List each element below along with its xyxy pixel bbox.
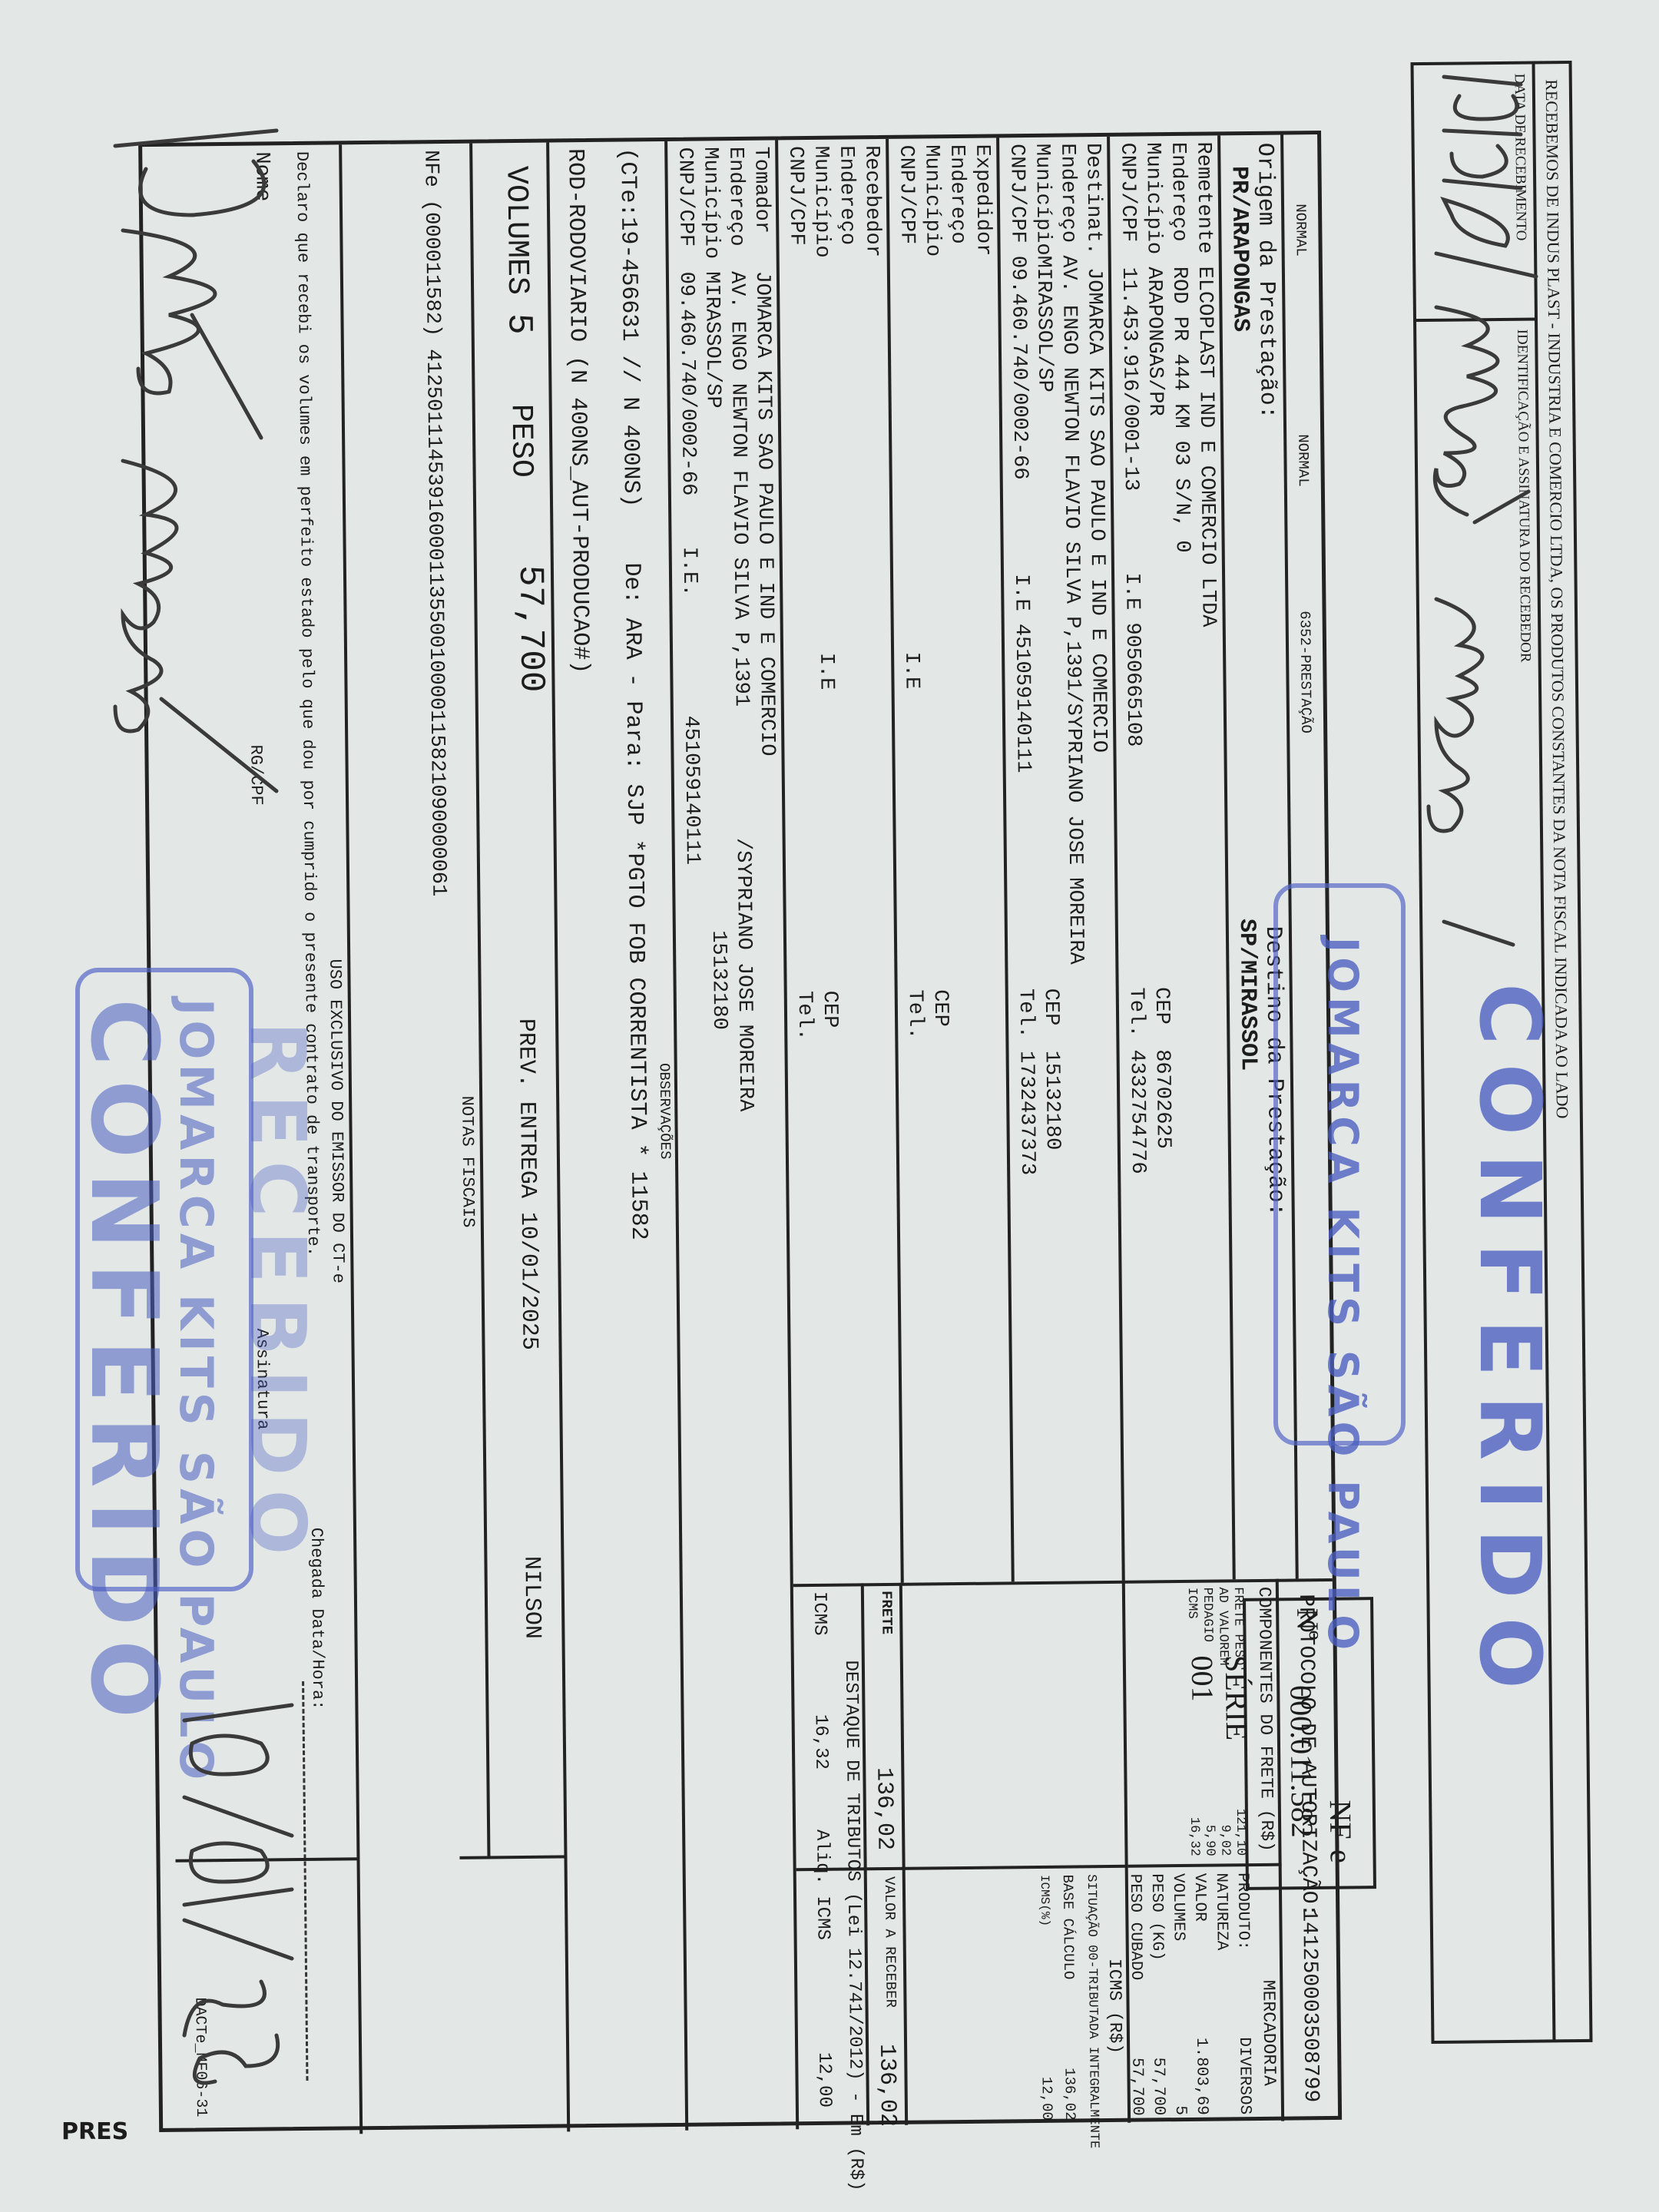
- origem-label: Origem da Prestação:: [1251, 143, 1280, 419]
- tomador-endereco-complemento: /SYPRIANO JOSE MOREIRA: [730, 838, 757, 1112]
- tributos-icms-label: ICMS: [810, 1591, 828, 1636]
- expedidor-cnpj-label: CNPJ/CPF: [893, 145, 918, 245]
- destinatario-label: Destinat.: [1081, 143, 1105, 255]
- mercadoria-label: VALOR: [1188, 1873, 1210, 1922]
- valor-receber-label: VALOR A RECEBER: [881, 1876, 899, 2008]
- componente-row: AD VALOREM9,02: [1214, 1587, 1233, 1856]
- receipt-text: RECEBEMOS DE INDUS PLAST - INDUSTRIA E C…: [1543, 79, 1571, 1118]
- destinatario-cnpj-label: CNPJ/CPF: [1005, 144, 1028, 243]
- destinatario-cnpj: 09.460.740/0002-66: [1006, 256, 1031, 480]
- componente-label: ICMS: [1184, 1588, 1199, 1619]
- remetente-cnpj: 11.453.916/0001-13: [1117, 267, 1142, 492]
- destinatario-municipio: MIRASSOL/SP: [1031, 255, 1056, 392]
- recebedor-municipio-label: Município: [808, 146, 833, 258]
- handwritten-arrival-date: [169, 1690, 307, 2089]
- tomador-cnpj: 09.460.740/0002-66: [674, 272, 700, 496]
- cfop: 6352-PRESTAÇÃO: [1296, 611, 1315, 733]
- peso-value: 57,700: [518, 565, 543, 693]
- origem-value: PR/ARAPONGAS: [1225, 166, 1253, 332]
- expedidor-ie-label: I.E: [899, 651, 923, 689]
- prev-entrega-label: PREV. ENTREGA: [512, 1018, 540, 1198]
- destinatario-tel-label: Tel.: [1014, 988, 1038, 1038]
- motorista: NILSON: [518, 1556, 545, 1639]
- destinatario-endereco-label: Endereço: [1055, 143, 1079, 243]
- remetente-tel: 4332754776: [1125, 1049, 1150, 1174]
- expedidor-municipio-label: Município: [919, 144, 944, 257]
- remetente-endereco: ROD PR 444 KM 03 S/N, 0: [1167, 267, 1194, 553]
- observacoes-line1: (CTe:19-456631 // N 400NS) De: ARA - Par…: [614, 147, 651, 1240]
- expedidor-endereco-label: Endereço: [944, 144, 969, 244]
- tributos-icms-value: 16,32: [812, 1714, 829, 1770]
- icms-aliq-label: ICMS(%): [1036, 1875, 1054, 1926]
- tomador-cnpj-label: CNPJ/CPF: [673, 147, 697, 247]
- destinatario-cep: 15132180: [1040, 1051, 1064, 1151]
- tomador-label: Tomador: [749, 146, 773, 233]
- observacoes-line2: ROD-RODOVIARIO (N 400NS_AUT-PRODUCAO#): [561, 148, 593, 674]
- expedidor-cep-label: CEP: [928, 989, 952, 1027]
- destinatario-municipio-label: Município: [1030, 144, 1055, 256]
- tomador-endereco-label: Endereço: [724, 147, 747, 247]
- componentes-title: COMPONENTES DO FRETE (R$): [1256, 1587, 1276, 1852]
- icms-situacao: SITUAÇÃO 00-TRIBUTADA INTEGRALMENTE: [1082, 1874, 1102, 2148]
- remetente-municipio-label: Município: [1141, 142, 1165, 254]
- prev-entrega-value: 10/01/2025: [515, 1212, 542, 1350]
- mercadoria-row: PRODUTO:DIVERSOS: [1231, 1873, 1255, 2114]
- recebedor-endereco-label: Endereço: [833, 145, 858, 245]
- mercadoria-label: NATUREZA: [1210, 1873, 1232, 1950]
- remetente-nome: ELCOPLAST IND E COMERCIO LTDA: [1193, 266, 1220, 627]
- destinatario-cep-label: CEP: [1039, 988, 1063, 1026]
- valor-receber-value: 136,02: [873, 2044, 900, 2127]
- componente-row: PEDAGIO5,90: [1199, 1588, 1217, 1856]
- recebedor-label: Recebedor: [859, 145, 884, 257]
- remetente-ie: 9050665108: [1121, 622, 1145, 747]
- mercadoria-row: VALOR1.803,69: [1188, 1873, 1212, 2115]
- remetente-tel-label: Tel.: [1124, 987, 1148, 1037]
- remetente-endereco-label: Endereço: [1166, 142, 1190, 242]
- destinatario-nome: JOMARCA KITS SAO PAULO E IND E COMERCIO: [1082, 267, 1111, 753]
- componente-value: 5,90: [1201, 1825, 1217, 1856]
- peso-label: PESO: [503, 404, 538, 478]
- tipo-servico: NORMAL: [1294, 434, 1312, 487]
- componentes-frete: COMPONENTES DO FRETE (R$) FRETE PESO121,…: [1273, 1587, 1276, 1856]
- tomador-nome: JOMARCA KITS SAO PAULO E IND E COMERCIO: [750, 271, 779, 757]
- icms-base-value: 136,02: [1061, 2068, 1078, 2121]
- tributos-aliq-value: 12,00: [815, 2052, 833, 2108]
- recebedor-cep-label: CEP: [817, 991, 842, 1028]
- protocolo-label: PROTOCOLO DE AUTORIZAÇÃO:: [1293, 1594, 1320, 1916]
- componente-value: 121,10: [1232, 1809, 1248, 1856]
- componente-label: FRETE PESO: [1230, 1587, 1246, 1665]
- stamp-conferido: CONFERIDO: [1461, 983, 1559, 1707]
- tomador-ie: 451059140111: [678, 715, 704, 865]
- recebedor-tel-label: Tel.: [792, 991, 816, 1041]
- cte-document: RECEBEMOS DE INDUS PLAST - INDUSTRIA E C…: [0, 0, 1659, 2212]
- mercadoria-row: NATUREZA: [1210, 1873, 1233, 2114]
- destinatario-ie: 451059140111: [1010, 624, 1035, 773]
- mercadoria-label: PESO (KG): [1145, 1873, 1167, 1961]
- remetente-cep: 86702625: [1151, 1049, 1174, 1149]
- destinatario-ie-label: I.E: [1009, 574, 1033, 611]
- tributos-title: DESTAQUE DE TRIBUTOS (Lei 12.741/2012) -…: [842, 1660, 864, 2191]
- tomador-ie-label: I.E.: [677, 546, 701, 596]
- frete-value: 136,02: [870, 1767, 897, 1850]
- icms-base-label: BASE CÁLCULO: [1059, 1874, 1077, 1979]
- mercadoria-label: PESO CUBADO: [1124, 1874, 1146, 1981]
- expedidor-label: Expedidor: [969, 144, 995, 256]
- mercadoria-row: VOLUMES5: [1167, 1873, 1190, 2115]
- protocolo-value: 141250003508799: [1296, 1909, 1323, 2102]
- componente-value: 9,02: [1217, 1825, 1232, 1856]
- mercadoria-value: 5: [1169, 2105, 1190, 2115]
- emissor-title: USO EXCLUSIVO DO EMISSOR DO CT-e: [326, 959, 346, 1283]
- mercadoria-value: 57,700: [1125, 2058, 1147, 2116]
- mercadoria-label: PRODUTO:: [1231, 1873, 1253, 1950]
- stamp-conferido-2: CONFERIDO: [70, 998, 177, 1732]
- stamp-empresa-2: JOMARCA KITS SÃO PAULO: [169, 998, 223, 1784]
- remetente-municipio: ARAPONGAS/PR: [1142, 267, 1167, 416]
- remetente-cep-label: CEP: [1150, 987, 1174, 1025]
- recebedor-ie-label: I.E: [813, 653, 838, 690]
- componente-value: 16,32: [1186, 1817, 1202, 1856]
- volumes-value: 5: [498, 313, 538, 335]
- mercadoria-value: 1.803,69: [1190, 2038, 1212, 2115]
- expedidor-tel-label: Tel.: [902, 989, 927, 1039]
- mercadoria-row: PESO CUBADO57,700: [1124, 1874, 1147, 2116]
- notas-title: NOTAS FISCAIS: [458, 1096, 476, 1228]
- notas-nfe-line: NFe (000011582) 412501114539160001135500…: [418, 150, 449, 896]
- tomador-cep: 15132180: [706, 930, 730, 1030]
- tomador-endereco: AV. ENGO NEWTON FLAVIO SILVA P,1391: [725, 271, 753, 707]
- componente-row: FRETE PESO121,10: [1230, 1587, 1248, 1856]
- icms-aliq-value: 12,00: [1038, 2077, 1056, 2121]
- tomador-municipio: MIRASSOL/SP: [700, 271, 724, 409]
- remetente-ie-label: I.E: [1120, 572, 1144, 610]
- mercadoria-label: VOLUMES: [1167, 1873, 1189, 1942]
- componente-label: PEDAGIO: [1199, 1588, 1215, 1643]
- mercadoria-title: MERCADORIA: [1260, 1980, 1277, 2086]
- tipo-cte: NORMAL: [1292, 204, 1310, 257]
- remetente-label: Remetente: [1191, 141, 1216, 253]
- observacoes-title: OBSERVAÇÕES: [656, 1063, 674, 1160]
- volumes-label: VOLUMES: [498, 166, 534, 295]
- recebedor-cnpj-label: CNPJ/CPF: [783, 146, 807, 246]
- mercadoria-value: 57,700: [1147, 2058, 1169, 2116]
- stamp-recebido: RECEBIDO: [233, 1022, 323, 1568]
- handwritten-receipt-signature: [1421, 61, 1544, 1060]
- stamp-empresa: JOMARCA KITS SÃO PAULO: [1319, 937, 1367, 1654]
- destino-value: SP/MIRASSOL: [1233, 919, 1261, 1071]
- mercadoria-section: MERCADORIA PRODUTO:DIVERSOSNATUREZAVALOR…: [1276, 1873, 1278, 2118]
- tributos-aliq-label: Aliq. ICMS: [813, 1830, 831, 1940]
- edge-fragment: PRES: [61, 2120, 128, 2144]
- remetente-cnpj-label: CNPJ/CPF: [1115, 142, 1139, 242]
- mercadoria-value: DIVERSOS: [1233, 2037, 1255, 2114]
- tomador-municipio-label: Município: [698, 147, 723, 259]
- destinatario-tel: 1732437373: [1015, 1051, 1039, 1175]
- componente-row: ICMS16,32: [1184, 1588, 1202, 1856]
- icms-title: ICMS (R$): [1106, 1959, 1124, 2054]
- handwritten-signature-bottom: [77, 115, 307, 1037]
- componente-label: AD VALOREM: [1214, 1587, 1230, 1665]
- frete-label: FRETE: [878, 1591, 896, 1634]
- mercadoria-row: PESO (KG)57,700: [1145, 1873, 1169, 2115]
